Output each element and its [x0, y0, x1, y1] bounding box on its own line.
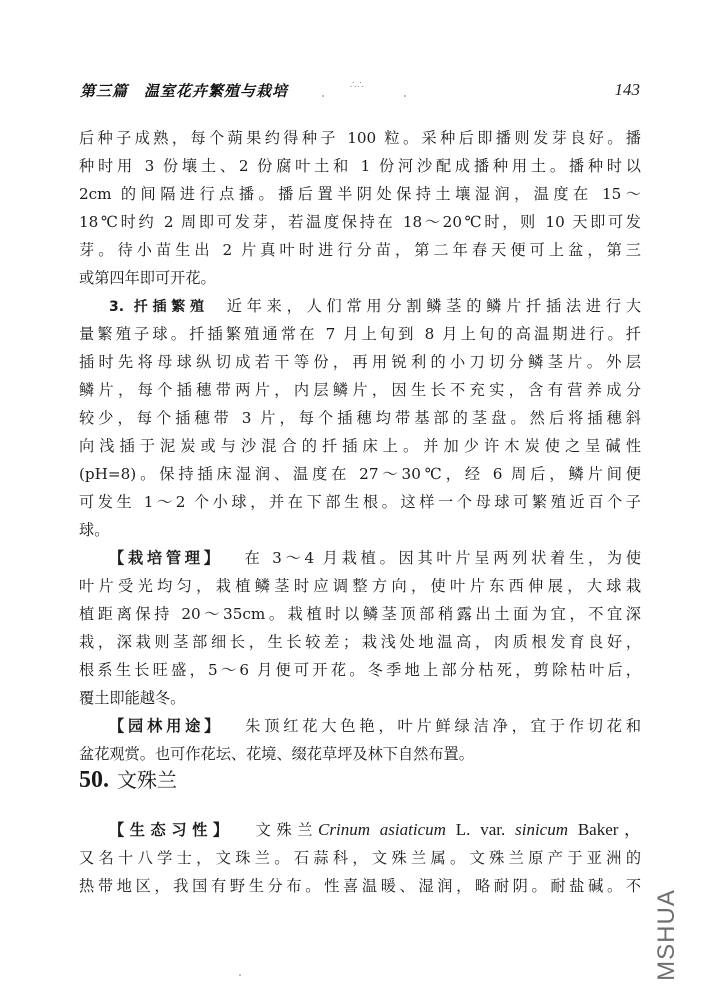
paragraph-garden-use: 【园林用途】朱顶红花大色艳，叶片鲜绿洁净，宜于作切花和 — [79, 712, 641, 740]
text-line: 后种子成熟，每个蒴果约得种子 100 粒。采种后即播则发芽良好。播 — [79, 124, 641, 152]
paragraph-cutting-propagation: 3. 扦插繁殖近年来，人们常用分割鳞茎的鳞片扦插法进行大 — [79, 292, 641, 320]
text-line: 较少，每个插穗带 3 片，每个插穗均带基部的茎盘。然后将插穗斜 — [79, 404, 641, 432]
text-line: 芽。待小苗生出 2 片真叶时进行分苗，第二年春天便可上盆，第三 — [79, 236, 641, 264]
text-line: 热带地区，我国有野生分布。性喜温暖、湿润，略耐阴。耐盐碱。不 — [79, 872, 641, 900]
section-body-text: 【生态习性】文殊兰Crinum asiaticum L. var. sinicu… — [79, 816, 641, 900]
text-line: 覆土即能越冬。 — [79, 684, 641, 712]
section-name: 文殊兰 — [117, 768, 177, 792]
section-heading: 50.文殊兰 — [79, 764, 177, 794]
text-line: 18℃时约 2 周即可发芽，若温度保持在 18～20℃时，则 10 天即可发 — [79, 208, 641, 236]
running-header: 第三篇 温室花卉繁殖与栽培 ∴∴ 143 — [80, 80, 640, 106]
text-line: 向浅插于泥炭或与沙混合的扦插床上。并加少许木炭使之呈碱性 — [79, 432, 641, 460]
text-line: 在 3～4 月栽植。因其叶片呈两列状着生，为使 — [245, 549, 641, 567]
subsection-title: 3. 扦插繁殖 — [109, 299, 209, 315]
main-body-text: 后种子成熟，每个蒴果约得种子 100 粒。采种后即播则发芽良好。播 种时用 3 … — [79, 124, 641, 768]
section-number: 50. — [79, 767, 109, 793]
scan-speck — [404, 95, 406, 97]
header-dots: ∴∴ — [350, 80, 365, 91]
text-line: 插时先将母球纵切成若干等份，再用锐利的小刀切分鳞茎片。外层 — [79, 348, 641, 376]
watermark: MSHUA — [652, 880, 682, 990]
text-line: 量繁殖子球。扦插繁殖通常在 7 月上旬到 8 月上旬的高温期进行。扦 — [79, 320, 641, 348]
text-line: 植距离保持 20～35cm。栽植时以鳞茎顶部稍露出土面为宜，不宜深 — [79, 600, 641, 628]
text-line: 种时用 3 份壤土、2 份腐叶土和 1 份河沙配成播种用土。播种时以 — [79, 152, 641, 180]
text-line: 鳞片，每个插穗带两片，内层鳞片，因生长不充实，含有营养成分 — [79, 376, 641, 404]
paragraph-cultivation: 【栽培管理】在 3～4 月栽植。因其叶片呈两列状着生，为使 — [79, 544, 641, 572]
text-line: 根系生长旺盛，5～6 月便可开花。冬季地上部分枯死，剪除枯叶后， — [79, 656, 641, 684]
text-line: 2cm 的间隔进行点播。播后置半阴处保持土壤湿润，温度在 15～ — [79, 180, 641, 208]
latin-author-2: Baker， — [568, 820, 641, 839]
paragraph-ecology: 【生态习性】文殊兰Crinum asiaticum L. var. sinicu… — [79, 816, 641, 844]
text-line: 又名十八学士，文珠兰。石蒜科，文殊兰属。文殊兰原产于亚洲的 — [79, 844, 641, 872]
text-line: 栽，深栽则茎部细长，生长较差；栽浅处地温高，肉质根发育良好， — [79, 628, 641, 656]
text-line: 叶片受光均匀，栽植鳞茎时应调整方向，使叶片东西伸展，大球栽 — [79, 572, 641, 600]
text-line: 球。 — [79, 516, 641, 544]
page-number: 143 — [615, 80, 641, 100]
text-line: 近年来，人们常用分割鳞茎的鳞片扦插法进行大 — [227, 297, 641, 315]
latin-name: Crinum asiaticum — [318, 820, 446, 839]
section-label-cultivation: 【栽培管理】 — [109, 549, 223, 567]
scan-speck — [322, 95, 324, 97]
section-label-ecology: 【生态习性】 — [109, 821, 234, 839]
latin-variety: sinicum — [515, 820, 568, 839]
scan-speck — [239, 974, 241, 976]
text-line: 可发生 1～2 个小球，并在下部生根。这样一个母球可繁殖近百个子 — [79, 488, 641, 516]
text-line: 或第四年即可开花。 — [79, 264, 641, 292]
chapter-title: 第三篇 温室花卉繁殖与栽培 — [80, 80, 288, 101]
text-line: (pH=8)。保持插床湿润、温度在 27～30℃，经 6 周后，鳞片间便 — [79, 460, 641, 488]
section-label-garden-use: 【园林用途】 — [109, 717, 223, 735]
latin-author: L. var. — [446, 820, 515, 839]
watermark-text: MSHUA — [653, 889, 681, 981]
plant-name-cn: 文殊兰 — [256, 821, 318, 839]
text-line: 朱顶红花大色艳，叶片鲜绿洁净，宜于作切花和 — [245, 717, 641, 735]
